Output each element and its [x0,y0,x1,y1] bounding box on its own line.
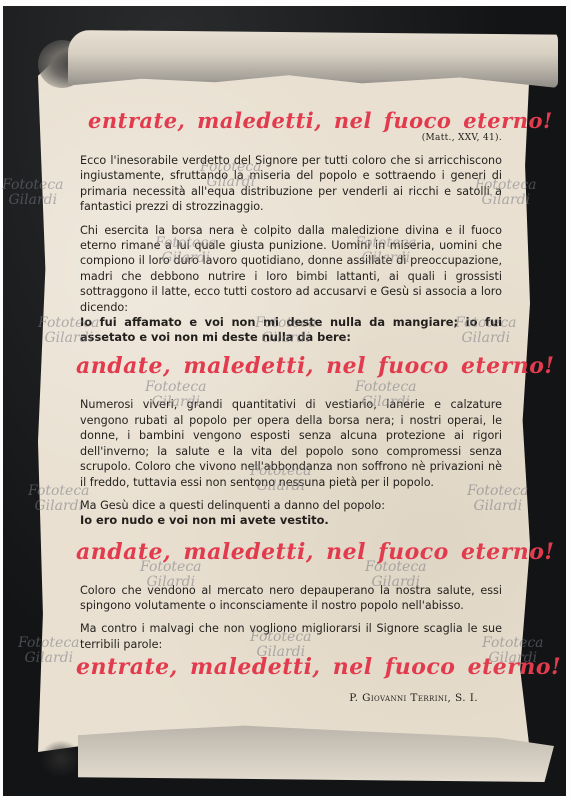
watermark-line1: Fototeca [467,484,529,499]
watermark: FototecaGilardi [155,236,217,266]
watermark-line2: Gilardi [455,331,517,346]
watermark-line2: Gilardi [475,193,537,208]
refrain-1: andate, maledetti, nel fuoco eterno! [76,353,502,379]
watermark-line1: Fototeca [145,380,207,395]
watermark-line1: Fototeca [38,316,100,331]
bible-citation: (Matt., XXV, 41). [80,133,502,143]
watermark: FototecaGilardi [475,178,537,208]
watermark-line2: Gilardi [18,651,80,666]
watermark-line1: Fototeca [250,464,312,479]
watermark-line2: Gilardi [38,331,100,346]
watermark: FototecaGilardi [145,380,207,410]
scroll-bottom-curl-shadow [40,740,82,778]
watermark-line2: Gilardi [140,575,202,590]
watermark: FototecaGilardi [250,464,312,494]
watermark: FototecaGilardi [28,484,90,514]
paragraph-jesus-says: Ma Gesù dice a questi delinquenti a dann… [80,498,502,513]
watermark: FototecaGilardi [467,484,529,514]
watermark-line1: Fototeca [2,178,64,193]
watermark-line1: Fototeca [355,236,417,251]
watermark-line2: Gilardi [482,651,544,666]
watermark-line2: Gilardi [145,395,207,410]
watermark: FototecaGilardi [200,160,262,190]
bold-quote-naked: Io ero nudo e voi non mi avete vestito. [80,513,502,528]
watermark-line2: Gilardi [2,193,64,208]
watermark-line2: Gilardi [250,479,312,494]
watermark-line1: Fototeca [140,560,202,575]
signature: P. Giovanni Terrini, S. I. [80,692,478,704]
title-refrain: entrate, maledetti, nel fuoco eterno! [88,108,502,133]
scroll-text: entrate, maledetti, nel fuoco eterno! (M… [80,108,502,704]
watermark-line1: Fototeca [28,484,90,499]
watermark-line1: Fototeca [455,316,517,331]
watermark: FototecaGilardi [140,560,202,590]
watermark-line1: Fototeca [475,178,537,193]
watermark-line2: Gilardi [365,575,427,590]
watermark-line2: Gilardi [155,251,217,266]
watermark-line2: Gilardi [355,251,417,266]
watermark-line2: Gilardi [255,331,317,346]
watermark-line2: Gilardi [467,499,529,514]
watermark: FototecaGilardi [255,316,317,346]
watermark-line1: Fototeca [200,160,262,175]
watermark: FototecaGilardi [355,236,417,266]
watermark: FototecaGilardi [455,316,517,346]
watermark: FototecaGilardi [355,380,417,410]
watermark: FototecaGilardi [2,178,64,208]
watermark: FototecaGilardi [38,316,100,346]
watermark-line2: Gilardi [250,645,312,660]
watermark-line2: Gilardi [28,499,90,514]
watermark: FototecaGilardi [482,636,544,666]
watermark: FototecaGilardi [18,636,80,666]
watermark-line2: Gilardi [355,395,417,410]
watermark-line1: Fototeca [155,236,217,251]
watermark-line1: Fototeca [18,636,80,651]
watermark-line1: Fototeca [255,316,317,331]
watermark-line1: Fototeca [250,630,312,645]
watermark-line1: Fototeca [355,380,417,395]
watermark-line1: Fototeca [365,560,427,575]
watermark: FototecaGilardi [250,630,312,660]
paragraph-black-market: Chi esercita la borsa nera è colpito dal… [80,223,502,315]
watermark-line2: Gilardi [200,175,262,190]
watermark-line1: Fototeca [482,636,544,651]
paragraph-verdict: Ecco l'inesorabile verdetto del Signore … [80,153,502,215]
watermark: FototecaGilardi [365,560,427,590]
